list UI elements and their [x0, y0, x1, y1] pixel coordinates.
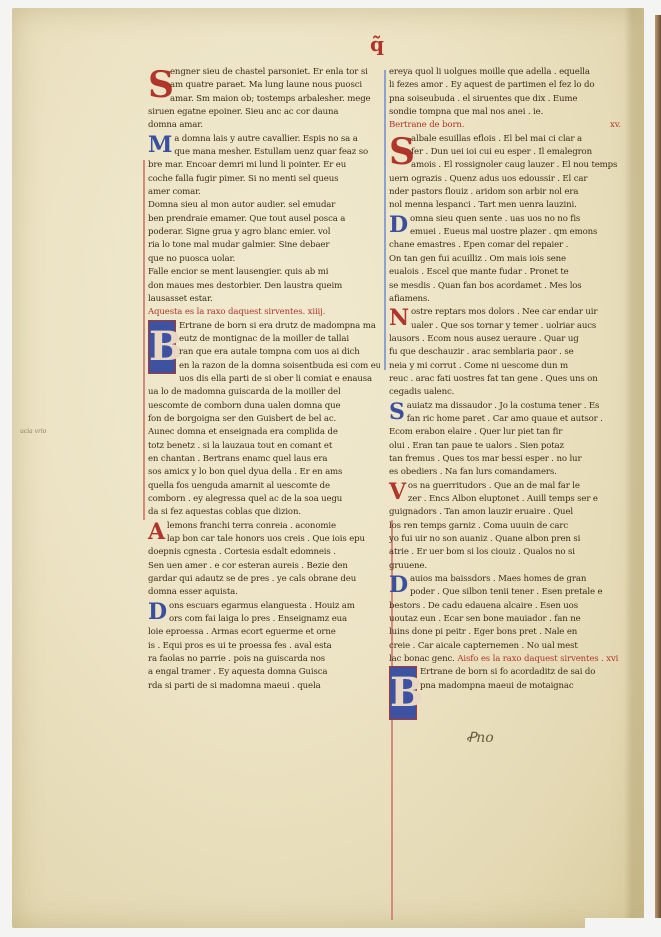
- text-line: auiatz ma dissaudor . Jo la costuma tene…: [407, 400, 621, 413]
- text-line: ereya quol li uolgues moille que adella …: [389, 66, 621, 79]
- initial-letter-d: D: [389, 213, 408, 237]
- text-line: poderar. Signe grua y agro blanc emier. …: [148, 226, 380, 239]
- text-line: ua lo de madomna guiscarda de la moiller…: [148, 386, 380, 399]
- text-line: Ecom erabon elaire . Quer lur piet tan f…: [389, 426, 621, 439]
- text-line: fon de borgoigna ser den Guisbert de bel…: [148, 413, 380, 426]
- text-line: Sen uen amer . e cor esteran aureis . Be…: [148, 560, 380, 573]
- rubric-line: Bertrane de born. xv.: [389, 119, 621, 132]
- text-line: chane emastres . Epen comar del repaier …: [389, 239, 621, 252]
- text-line: amois . El rossignoler caug lauzer . El …: [411, 159, 621, 172]
- left-text-column: S engner sieu de chastel parsoniet. Er e…: [148, 66, 380, 693]
- text-line: lap bon car tale honors uos creis . Que …: [167, 533, 380, 546]
- text-line: Falle encior se ment lausengier. quis ab…: [148, 266, 380, 279]
- text-fragment: lac bonac genc.: [389, 654, 455, 664]
- text-line: a engal tramer . Ey aquesta domna Guisca: [148, 666, 380, 679]
- text-line: don maues mes destorbier. Den laustra qu…: [148, 280, 380, 293]
- text-line: auios ma baissdors . Maes homes de gran: [410, 573, 621, 586]
- text-line: amar. Sm maion ob; tostemps arbalesher. …: [170, 93, 380, 106]
- text-line: ons escuars egarmus elanguesta . Houiz a…: [169, 600, 380, 613]
- text-line: bestors . De cadu edauena alcaire . Esen…: [389, 600, 621, 613]
- margin-note: ucia vrio: [20, 428, 46, 435]
- text-line: uos dis ella parti de si ober li comiat …: [179, 373, 380, 386]
- text-line: da si fez aquestas coblas que dizion.: [148, 506, 380, 519]
- text-line: poder . Que silbon tenii tener . Esen pr…: [410, 586, 621, 599]
- text-line: domna esser aquista.: [148, 586, 380, 599]
- rubric-number: xv.: [610, 119, 621, 132]
- page-corner-background: [585, 918, 661, 937]
- text-line: uescomte de comborn duna ualen domna que: [148, 400, 380, 413]
- text-line: uoutaz eun . Ecar sen bone mauiador . fa…: [389, 613, 621, 626]
- text-line: creie . Car aicale capternemen . No ual …: [389, 640, 621, 653]
- right-text-column: ereya quol li uolgues moille que adella …: [389, 66, 621, 720]
- pen-flourish-left: [127, 160, 145, 520]
- text-line: Domna sieu al mon autor audier. sel emud…: [148, 199, 380, 212]
- text-line: ra faolas no parrie . pois na guiscarda …: [148, 653, 380, 666]
- text-block: S auiatz ma dissaudor . Jo la costuma te…: [389, 400, 621, 480]
- text-line: tan fremus . Ques tos mar bessi esper . …: [389, 453, 621, 466]
- text-line: omna sieu quen sente . uas uos no no fis: [410, 213, 621, 226]
- text-line: Ertrane de born si era drutz de madompna…: [179, 320, 380, 333]
- text-line: amer comar.: [148, 186, 380, 199]
- text-line: luins done pi peitr . Eger bons pret . N…: [389, 626, 621, 639]
- initial-letter-d: D: [148, 600, 167, 624]
- text-line: fu que deschauzir . arac semblaria paor …: [389, 346, 621, 359]
- book-binding: [655, 15, 661, 930]
- text-line: bre mar. Encoar demri mi lund li pointer…: [148, 159, 380, 172]
- text-line: atrie . Er uer bom si los ciouiz . Qualo…: [389, 546, 621, 559]
- text-line: uern ograzis . Quenz adus uos edoussir .…: [389, 173, 621, 186]
- text-block: S engner sieu de chastel parsoniet. Er e…: [148, 66, 380, 133]
- text-block: D auios ma baissdors . Maes homes de gra…: [389, 573, 621, 666]
- text-line: eutz de montignac de la moiller de talla…: [179, 333, 380, 346]
- text-line: fan ric home paret . Car amo quaue et au…: [407, 413, 621, 426]
- text-line: en la razon de la domna soisentbuda esi …: [179, 360, 380, 373]
- text-line: ors com fai laiga lo pres . Enseignamz e…: [169, 613, 380, 626]
- initial-letter-s: S: [389, 400, 405, 424]
- page-edge-shadow: [624, 8, 644, 928]
- text-line: lemons franchi terra conreia . aconomie: [167, 520, 380, 533]
- text-line: sondie tompna que mal nos anei . ie.: [389, 106, 621, 119]
- text-line: nol menna lespanci . Tart men uenra lauz…: [389, 199, 621, 212]
- text-line: am quatre paraet. Ma lung laune nous puo…: [170, 79, 380, 92]
- text-line: gardar qui adautz se de pres . ye cals o…: [148, 573, 380, 586]
- text-line: Ertrane de born si fo acordaditz de sai …: [420, 666, 621, 679]
- text-line: que mana mesher. Estullam uenz quar feaz…: [174, 146, 380, 159]
- text-line: coche falla fugir pimer. Si no menti sel…: [148, 173, 380, 186]
- text-block: S albale esuillas eflois . El bel mai ci…: [389, 133, 621, 213]
- text-block: N ostre reptars mos dolors . Nee car end…: [389, 306, 621, 399]
- text-block: ereya quol li uolgues moille que adella …: [389, 66, 621, 119]
- rubric: Aquesta es la raxo daquest sirventes. xi…: [148, 306, 380, 319]
- text-block: D ons escuars egarmus elanguesta . Houiz…: [148, 600, 380, 693]
- text-line: nder pastors flouiz . aridom son arbir n…: [389, 186, 621, 199]
- quire-mark: q̃: [370, 32, 384, 56]
- initial-letter-v: V: [389, 480, 406, 504]
- text-line: eualois . Escel que mante fudar . Pronet…: [389, 266, 621, 279]
- initial-letter-m: M: [148, 133, 172, 157]
- text-line: gruuene.: [389, 560, 621, 573]
- text-line: Aunec domna et enseignada era complida d…: [148, 426, 380, 439]
- text-line: siruen egatne epoiner. Sieu anc ac cor d…: [148, 106, 380, 119]
- text-line: ostre reptars mos dolors . Nee car endar…: [411, 306, 621, 319]
- text-line: domna amar.: [148, 119, 380, 132]
- text-line: li fezes amor . Ey aquest de partimen el…: [389, 79, 621, 92]
- text-block: B Ertrane de born si fo acordaditz de sa…: [389, 666, 621, 693]
- text-line: pna madompna maeui de motaignac: [420, 680, 621, 693]
- text-line: pna soiseubuda . el siruentes que dix . …: [389, 93, 621, 106]
- text-block: Falle encior se ment lausengier. quis ab…: [148, 266, 380, 306]
- text-line: quella fos uenguda amarnit al uescomte d…: [148, 480, 380, 493]
- text-line: en chantan . Bertrans enamc quel laus er…: [148, 453, 380, 466]
- text-line: ben prendraie emamer. Que tout ausel pos…: [148, 213, 380, 226]
- text-line: se mesdis . Quan fan bos acordamet . Mes…: [389, 280, 621, 293]
- text-block: D omna sieu quen sente . uas uos no no f…: [389, 213, 621, 306]
- text-line: ran que era autale tompna com uos ai dic…: [179, 346, 380, 359]
- text-line: lac bonac genc. Aisfo es la raxo daquest…: [389, 653, 621, 666]
- text-line: es obediers . Na fan lurs comandamers.: [389, 466, 621, 479]
- illuminated-initial-b: B: [389, 666, 417, 720]
- text-line: doepnis cgnesta . Cortesia esdalt edomne…: [148, 546, 380, 559]
- text-line: is . Equi pros es ui te proessa fes . av…: [148, 640, 380, 653]
- text-line: olui . Eran tan paue te ualors . Sien po…: [389, 440, 621, 453]
- text-line: sos amicx y lo bon quel dyua della . Er …: [148, 466, 380, 479]
- text-line: fer . Dun uei ioi cui eu esper . Il emal…: [411, 146, 621, 159]
- initial-letter-d: D: [389, 573, 408, 597]
- text-block: A lemons franchi terra conreia . aconomi…: [148, 520, 380, 600]
- text-line: os na guerritudors . Que an de mal far l…: [408, 480, 621, 493]
- text-line: ria lo tone mal mudar galmier. Sine deba…: [148, 239, 380, 252]
- initial-letter-s: S: [148, 66, 168, 104]
- initial-letter-n: N: [389, 306, 409, 330]
- text-line: los ren temps garniz . Coma uuuin de car…: [389, 520, 621, 533]
- initial-letter-s: S: [389, 133, 409, 171]
- signature-scribble: Ꝓno: [466, 730, 494, 746]
- text-block: Domna sieu al mon autor audier. sel emud…: [148, 199, 380, 266]
- text-line: On tan gen fui acuilliz . Om mais iois s…: [389, 253, 621, 266]
- text-line: yo fui uir no son auaniz . Quane albon p…: [389, 533, 621, 546]
- text-line: afiamens.: [389, 293, 621, 306]
- text-line: lausasset estar.: [148, 293, 380, 306]
- text-line: lausors . Ecom nous ausez ueraure . Quar…: [389, 333, 621, 346]
- text-line: comborn . ey alegressa quel ac de la soa…: [148, 493, 380, 506]
- illuminated-initial-b: B: [148, 320, 176, 374]
- text-line: rda si parti de si madomna maeui . quela: [148, 680, 380, 693]
- rubric: Bertrane de born.: [389, 120, 464, 130]
- text-line: zer . Encs Albon eluptonet . Auill temps…: [408, 493, 621, 506]
- text-line: totz benetz . si la lauzaua tout en coma…: [148, 440, 380, 453]
- rubric: Aisfo es la raxo daquest sirventes . xvi…: [457, 654, 621, 664]
- initial-letter-a: A: [148, 520, 165, 544]
- text-block: M a domna lais y autre cavallier. Espis …: [148, 133, 380, 200]
- text-line: guignadors . Tan amon lauzir eruaire . Q…: [389, 506, 621, 519]
- text-line: que no puosca uolar.: [148, 253, 380, 266]
- text-line: engner sieu de chastel parsoniet. Er enl…: [170, 66, 380, 79]
- text-block: B Ertrane de born si era drutz de madomp…: [148, 320, 380, 520]
- text-line: albale esuillas eflois . El bel mai ci c…: [411, 133, 621, 146]
- text-line: loie eproessa . Armas ecort eguerme et o…: [148, 626, 380, 639]
- text-line: a domna lais y autre cavallier. Espis no…: [174, 133, 380, 146]
- text-line: ualer . Que sos tornar y temer . uolriar…: [411, 320, 621, 333]
- text-block: V os na guerritudors . Que an de mal far…: [389, 480, 621, 573]
- text-line: reuc . arac fati uostres fat tan gene . …: [389, 373, 621, 386]
- text-line: cegadis ualenc.: [389, 386, 621, 399]
- text-line: emuei . Eueus mal uostre plazer . qm emo…: [410, 226, 621, 239]
- text-line: neia y mi corrut . Come ni uescome dun m: [389, 360, 621, 373]
